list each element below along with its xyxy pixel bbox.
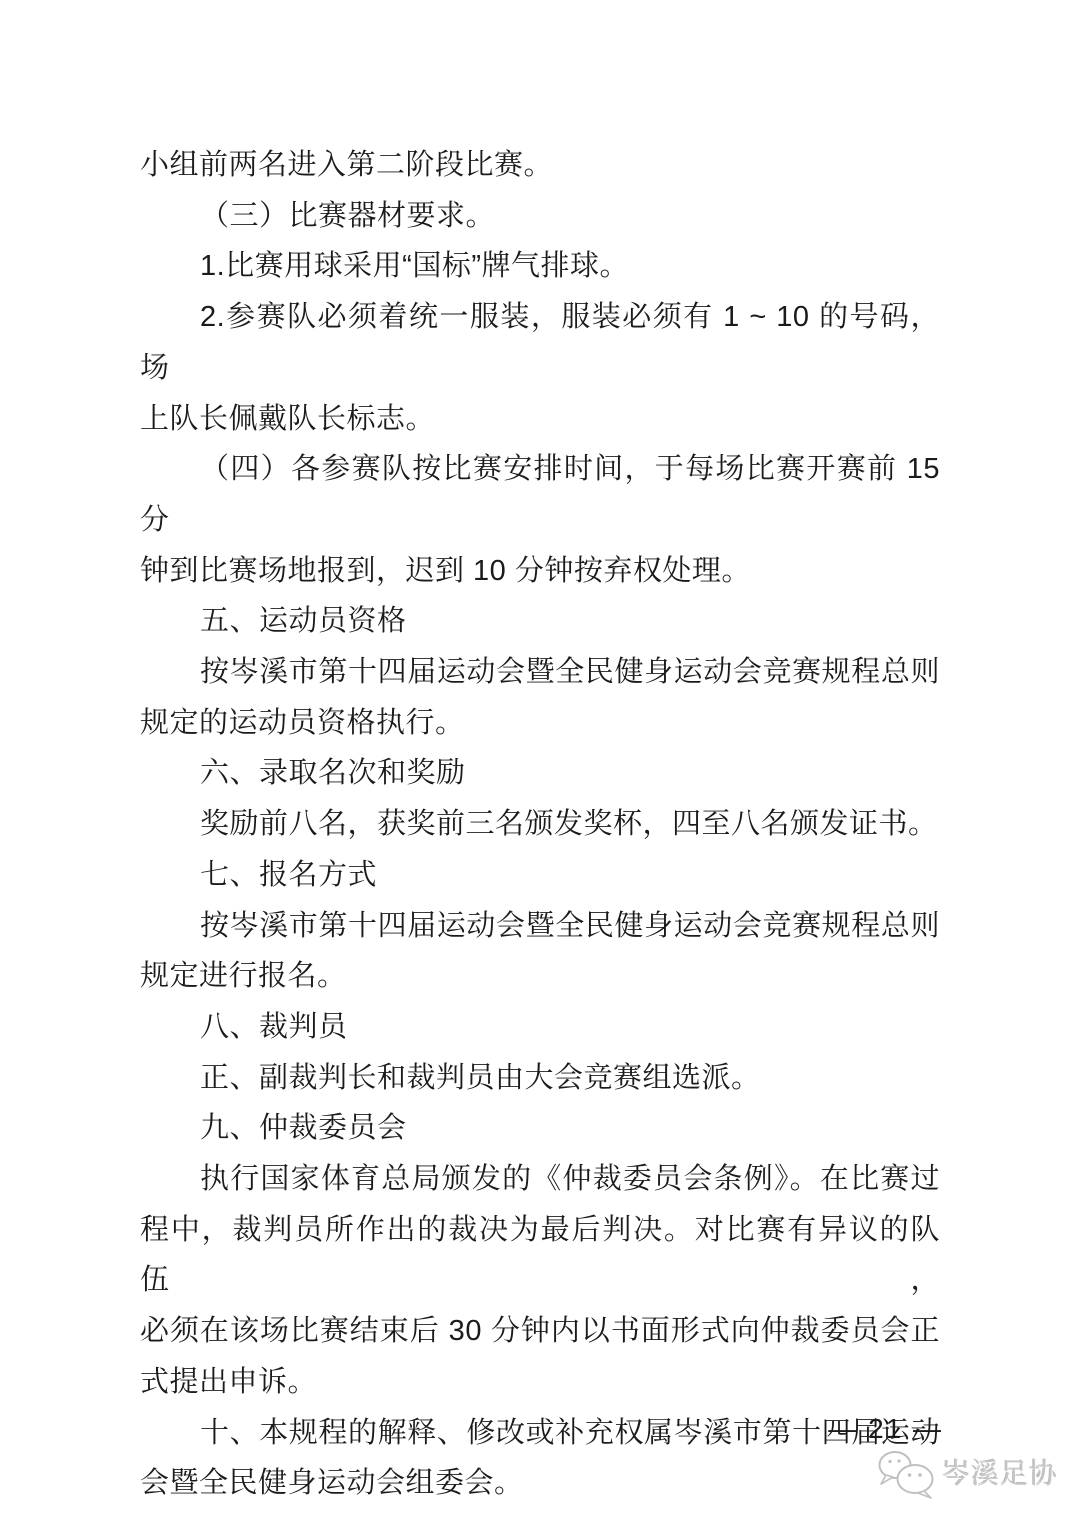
text-line: 程中，裁判员所作出的裁决为最后判决。对比赛有异议的队伍， xyxy=(140,1205,940,1306)
text-line: 上队长佩戴队长标志。 xyxy=(140,394,940,445)
text-line: 规定的运动员资格执行。 xyxy=(140,698,940,749)
text-line: 按岑溪市第十四届运动会暨全民健身运动会竞赛规程总则 xyxy=(140,901,940,952)
text-line: 九、仲裁委员会 xyxy=(140,1103,940,1154)
text-line: 十、本规程的解释、修改或补充权属岑溪市第十四届运动 xyxy=(140,1408,940,1459)
text-line: 必须在该场比赛结束后 30 分钟内以书面形式向仲裁委员会正 xyxy=(140,1306,940,1357)
text-line: 按岑溪市第十四届运动会暨全民健身运动会竞赛规程总则 xyxy=(140,647,940,698)
text-line: 小组前两名进入第二阶段比赛。 xyxy=(140,140,940,191)
text-line: 奖励前八名，获奖前三名颁发奖杯，四至八名颁发证书。 xyxy=(140,799,940,850)
text-line: 五、运动员资格 xyxy=(140,596,940,647)
text-line: 式提出申诉。 xyxy=(140,1357,940,1408)
text-line: 规定进行报名。 xyxy=(140,951,940,1002)
text-line: 八、裁判员 xyxy=(140,1002,940,1053)
page-number: — 21 — xyxy=(828,1412,943,1446)
text-line: 2.参赛队必须着统一服装，服装必须有 1 ~ 10 的号码，场 xyxy=(140,292,940,393)
text-line: 七、报名方式 xyxy=(140,850,940,901)
text-line: 钟到比赛场地报到，迟到 10 分钟按弃权处理。 xyxy=(140,546,940,597)
document-body: 小组前两名进入第二阶段比赛。（三）比赛器材要求。1.比赛用球采用“国标”牌气排球… xyxy=(140,140,940,1509)
text-line: 正、副裁判长和裁判员由大会竞赛组选派。 xyxy=(140,1053,940,1104)
text-line: 1.比赛用球采用“国标”牌气排球。 xyxy=(140,241,940,292)
text-line: （四）各参赛队按比赛安排时间，于每场比赛开赛前 15 分 xyxy=(140,444,940,545)
watermark-label: 岑溪足协 xyxy=(942,1448,1058,1500)
text-line: 会暨全民健身运动会组委会。 xyxy=(140,1458,940,1509)
watermark: 岑溪足协 xyxy=(874,1448,1058,1500)
wechat-bubbles-icon xyxy=(874,1448,938,1500)
document-page: 小组前两名进入第二阶段比赛。（三）比赛器材要求。1.比赛用球采用“国标”牌气排球… xyxy=(0,0,1080,1526)
text-line: 执行国家体育总局颁发的《仲裁委员会条例》。在比赛过 xyxy=(140,1154,940,1205)
text-line: 六、录取名次和奖励 xyxy=(140,748,940,799)
text-line: （三）比赛器材要求。 xyxy=(140,191,940,242)
